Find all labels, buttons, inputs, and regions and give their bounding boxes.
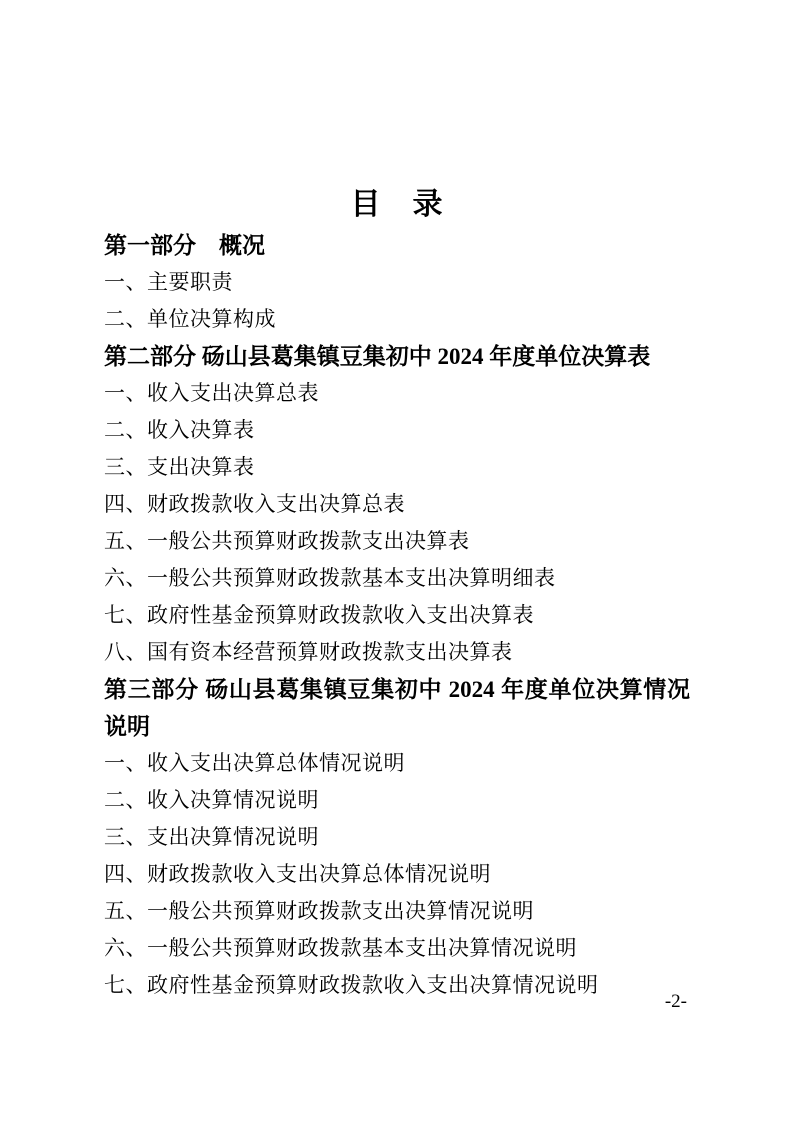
toc-item: 五、一般公共预算财政拨款支出决算情况说明 <box>104 893 690 930</box>
toc-item: 三、支出决算情况说明 <box>104 819 690 856</box>
toc-item: 二、收入决算情况说明 <box>104 782 690 819</box>
table-of-contents: 目 录 第一部分 概况 一、主要职责 二、单位决算构成 第二部分 砀山县葛集镇豆… <box>104 183 690 1004</box>
toc-section-1-heading: 第一部分 概况 <box>104 227 690 264</box>
toc-section-2-heading: 第二部分 砀山县葛集镇豆集初中 2024 年度单位决算表 <box>104 338 690 375</box>
toc-item: 三、支出决算表 <box>104 449 690 486</box>
document-page: 目 录 第一部分 概况 一、主要职责 二、单位决算构成 第二部分 砀山县葛集镇豆… <box>0 0 793 1122</box>
toc-item: 二、收入决算表 <box>104 412 690 449</box>
toc-item: 六、一般公共预算财政拨款基本支出决算情况说明 <box>104 930 690 967</box>
toc-item: 八、国有资本经营预算财政拨款支出决算表 <box>104 634 690 671</box>
toc-item: 一、收入支出决算总体情况说明 <box>104 745 690 782</box>
page-title: 目 录 <box>104 183 690 227</box>
toc-item: 五、一般公共预算财政拨款支出决算表 <box>104 523 690 560</box>
page-number: -2- <box>665 991 687 1013</box>
toc-item: 七、政府性基金预算财政拨款收入支出决算情况说明 <box>104 967 690 1004</box>
toc-item: 六、一般公共预算财政拨款基本支出决算明细表 <box>104 560 690 597</box>
toc-item: 一、收入支出决算总表 <box>104 375 690 412</box>
toc-item: 二、单位决算构成 <box>104 301 690 338</box>
toc-item: 一、主要职责 <box>104 264 690 301</box>
toc-item: 七、政府性基金预算财政拨款收入支出决算表 <box>104 597 690 634</box>
toc-section-3-heading: 第三部分 砀山县葛集镇豆集初中 2024 年度单位决算情况说明 <box>104 671 690 745</box>
toc-item: 四、财政拨款收入支出决算总表 <box>104 486 690 523</box>
toc-item: 四、财政拨款收入支出决算总体情况说明 <box>104 856 690 893</box>
